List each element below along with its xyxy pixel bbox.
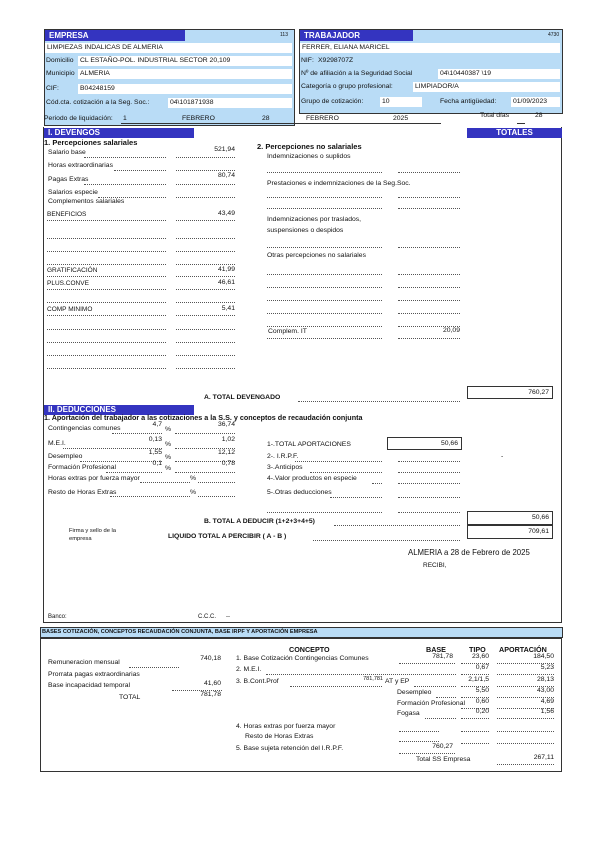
municipio-label: Municipio: [46, 69, 75, 79]
dots: [267, 512, 382, 513]
pagas-extras-label: Pagas Extras: [48, 175, 88, 185]
dots: [112, 433, 162, 434]
dots: [398, 247, 460, 248]
incapacidad-value: 41,60: [170, 680, 221, 687]
trabajador-afiliacion: 04\10440387 \19: [438, 69, 560, 79]
bases-aportacion: 43,00: [497, 687, 554, 694]
total-dias-label: Total días: [480, 111, 509, 121]
total-deducir-label: B. TOTAL A DEDUCIR (1+2+3+4+5): [204, 517, 315, 527]
periodo-desde-mes: FEBRERO: [182, 114, 215, 124]
dots: [399, 753, 455, 754]
deduccion-pct: 1,55: [137, 449, 162, 456]
otras-deducciones-label: 5-.Otras deducciones: [267, 488, 332, 498]
totales-header: TOTALES: [467, 128, 562, 138]
domicilio-label: Domicilio: [46, 56, 74, 66]
dots: [497, 764, 554, 765]
dots: [461, 743, 489, 744]
dots: [267, 208, 382, 209]
prorrata-label: Prorrata pagas extraordinarias: [48, 670, 140, 680]
dots: [267, 274, 382, 275]
dots: [47, 264, 166, 265]
dots: [176, 342, 235, 343]
deduccion-value: 12,12: [175, 449, 235, 456]
bases-base: 781,781: [355, 676, 383, 682]
dots: [47, 238, 166, 239]
dots: [176, 170, 235, 171]
dots: [198, 482, 235, 483]
dots: [398, 274, 460, 275]
empresa-ccc: 04\101871938: [168, 98, 292, 108]
salario-base-label: Salario base: [48, 148, 86, 158]
grupo-label: Grupo de cotización:: [301, 97, 363, 107]
base-irpf-value: 760,27: [399, 743, 453, 750]
otras-label: Otras percepciones no salariales: [267, 251, 366, 261]
dots: [47, 251, 166, 252]
bases-total-label: TOTAL: [119, 693, 140, 703]
remuneracion-label: Remuneracion mensual: [48, 658, 120, 668]
pct-symbol: %: [165, 440, 171, 450]
deduccion-label: Contingencias comunes: [48, 424, 121, 434]
deduccion-pct: 4,7: [137, 421, 162, 428]
deduccion-label: Resto de Horas Extras: [48, 488, 116, 498]
pct-symbol: %: [165, 464, 171, 474]
trabajador-antiguedad: 01/09/2023: [511, 97, 560, 107]
antiguedad-label: Fecha antigüedad:: [440, 97, 496, 107]
dots: [47, 276, 166, 277]
periodo-hasta-dia: 28: [262, 114, 270, 124]
dots: [398, 512, 460, 513]
indemnizaciones-label: Indemnizaciones o suplidos: [267, 152, 351, 162]
dots: [497, 743, 554, 744]
dots: [398, 313, 460, 314]
dots: [176, 289, 235, 290]
bases-tipo: 23,60: [461, 653, 489, 660]
empresa-cif: B04248159: [78, 84, 292, 94]
dots: [47, 342, 166, 343]
complemento-value: 41,99: [176, 266, 235, 273]
horas-fuerza-label: 4. Horas extras por fuerza mayor: [236, 722, 335, 732]
dots: [47, 355, 166, 356]
dots: [267, 197, 382, 198]
recibi-label: RECIBI,: [423, 561, 446, 571]
total-ss-label: Total SS Empresa: [416, 755, 470, 765]
devengos-header: I. DEVENGOS: [44, 128, 194, 138]
empresa-code: 113: [280, 32, 288, 38]
total-devengado-label: A. TOTAL DEVENGADO: [204, 393, 280, 403]
periodo-anio: 2025: [393, 114, 408, 124]
dots: [176, 329, 235, 330]
deduccion-value: 0,78: [175, 460, 235, 467]
dots: [267, 172, 382, 173]
dots: [398, 300, 460, 301]
bases-aportacion: 5,23: [497, 664, 554, 671]
bases-subconcepto: Formación Profesional: [397, 699, 465, 709]
bases-aportacion: 28,13: [497, 676, 554, 683]
dots: [176, 315, 235, 316]
periodo-label: Periodo de liquidación:: [44, 114, 113, 124]
pagas-extras-value: 80,74: [176, 172, 235, 179]
complem-it-label: Complem. IT: [268, 327, 307, 337]
dots: [176, 264, 235, 265]
pct-symbol: %: [165, 425, 171, 435]
bases-subconcepto: Fogasa: [397, 709, 420, 719]
dots: [398, 472, 460, 473]
bases-subconcepto: AT y EP: [385, 677, 409, 687]
dots: [176, 368, 235, 369]
empresa-nombre: LIMPIEZAS INDALICAS DE ALMERIA: [45, 43, 292, 53]
bases-tipo: 5,50: [461, 687, 489, 694]
dots: [47, 289, 166, 290]
resto-horas-label: Resto de Horas Extras: [245, 732, 313, 742]
deduccion-pct: 0,1: [137, 460, 162, 467]
complemento-label: COMP MINIMO: [47, 305, 92, 315]
ccc-bank-value: --: [226, 612, 230, 622]
afiliacion-label: Nº de afiliación a la Seguridad Social: [301, 69, 412, 79]
dots: [398, 172, 460, 173]
dots: [461, 674, 489, 675]
complemento-value: 5,41: [176, 305, 235, 312]
no-salariales-title: 2. Percepciones no salariales: [257, 142, 362, 152]
irpf-label: 2-. I.R.P.F.: [267, 452, 298, 462]
trabajador-code: 4730: [548, 32, 559, 38]
trabajador-nif: X9298707Z: [300, 56, 406, 66]
dots: [399, 663, 455, 664]
bases-aportacion: 184,50: [497, 653, 554, 660]
dots: [176, 157, 235, 158]
dots: [176, 197, 235, 198]
bases-tipo: 0,20: [461, 708, 489, 715]
complemento-label: BENEFICIOS: [47, 210, 86, 220]
ccc-bank-label: C.C.C.: [198, 612, 216, 622]
bases-concepto: 3. B.Cont.Prof: [236, 677, 279, 687]
pct-symbol: %: [190, 488, 196, 498]
deduccion-label: Desempleo: [48, 452, 82, 462]
dots: [110, 496, 190, 497]
horas-extra-label: Horas extraordinarias: [48, 161, 113, 171]
complementos-label: Complementos salariales: [48, 197, 124, 207]
bases-aportacion: 1,56: [497, 708, 554, 715]
dots: [398, 461, 460, 462]
pct-symbol: %: [190, 474, 196, 484]
total-devengado-value: 760,27: [467, 386, 553, 399]
total-dias-underline: [517, 123, 525, 124]
dots: [47, 302, 166, 303]
dots: [398, 338, 460, 339]
complemento-label: PLUS.CONVE: [47, 279, 89, 289]
dots: [398, 287, 460, 288]
trabajador-nombre: FERRER, ELIANA MARICEL: [300, 43, 560, 53]
dots: [398, 208, 460, 209]
remuneracion-value: 740,18: [170, 655, 221, 662]
bases-concepto: 2. M.E.I.: [236, 665, 261, 675]
dots: [497, 731, 554, 732]
complem-it-value: 20,09: [398, 327, 460, 334]
cif-label: CIF:: [46, 84, 59, 94]
dots: [176, 220, 235, 221]
dots: [298, 401, 460, 402]
firma-label-2: empresa: [69, 534, 92, 544]
bases-tipo: 0,60: [461, 698, 489, 705]
traslados-label-1: Indemnizaciones por traslados,: [267, 215, 361, 225]
bases-subconcepto: Desempleo: [397, 688, 431, 698]
dots: [425, 718, 456, 719]
deduccion-pct: 0,13: [137, 436, 162, 443]
dots: [176, 355, 235, 356]
dots: [175, 472, 235, 473]
dots: [176, 251, 235, 252]
dots: [313, 540, 460, 541]
empresa-municipio: ALMERIA: [78, 69, 292, 79]
fecha-lugar: ALMERIA a 28 de Febrero de 2025: [408, 548, 530, 558]
dots: [398, 197, 460, 198]
dots: [399, 731, 439, 732]
dots: [497, 718, 554, 719]
dots: [140, 482, 190, 483]
dots: [84, 157, 166, 158]
total-aportaciones-label: 1-.TOTAL APORTACIONES: [267, 440, 351, 450]
dots: [176, 276, 235, 277]
dots: [47, 368, 166, 369]
dots: [310, 472, 382, 473]
bases-total-value: 781,78: [170, 691, 221, 698]
anticipos-label: 3-.Anticipos: [267, 463, 303, 473]
dots: [47, 329, 166, 330]
pct-symbol: %: [165, 453, 171, 463]
banco-label: Banco:: [48, 612, 67, 622]
dots: [461, 731, 489, 732]
dots: [106, 472, 162, 473]
prestaciones-label: Prestaciones e indemnizaciones de la Seg…: [267, 179, 411, 189]
liquido-value: 709,61: [467, 525, 553, 539]
dots: [267, 313, 382, 314]
categoria-label: Categoría o grupo profesional:: [301, 82, 393, 92]
deduccion-value: 1,02: [175, 436, 235, 443]
complemento-label: GRATIFICACIÓN: [47, 266, 97, 276]
dots: [267, 287, 382, 288]
traslados-label-2: suspensiones o despidos: [267, 226, 343, 236]
liquido-label: LIQUIDO TOTAL A PERCIBIR ( A - B ): [168, 532, 286, 542]
dots: [295, 461, 382, 462]
dots: [267, 247, 382, 248]
dots: [436, 697, 456, 698]
dots: [267, 300, 382, 301]
bases-concepto: 1. Base Cotización Contingencias Comunes: [236, 654, 369, 664]
dots: [398, 483, 460, 484]
trabajador-categoria: LIMPIADOR/A: [413, 82, 560, 92]
dots: [497, 674, 554, 675]
deduccion-label: Horas extras por fuerza mayor: [48, 474, 140, 484]
dots: [266, 674, 456, 675]
dots: [398, 497, 460, 498]
empresa-header: EMPRESA: [45, 30, 185, 41]
dots: [414, 686, 456, 687]
dots: [372, 483, 382, 484]
dots: [47, 220, 166, 221]
ccc-label: Cód.cta. cotización a la Seg. Soc.:: [46, 98, 150, 108]
trabajador-grupo: 10: [380, 97, 422, 107]
dots: [198, 496, 235, 497]
dots: [129, 667, 179, 668]
empresa-domicilio: CL ESTAÑO-POL. INDUSTRIAL SECTOR 20,109: [78, 56, 292, 66]
especie-label: 4-.Valor productos en especie: [267, 474, 357, 484]
dots: [176, 184, 235, 185]
total-deducir-value: 50,66: [467, 511, 553, 525]
dots: [175, 433, 235, 434]
dots: [330, 497, 382, 498]
base-irpf-label: 5. Base sujeta retención del I.R.P.F.: [236, 744, 343, 754]
salario-base-value: 521,94: [176, 146, 235, 153]
dots: [334, 525, 460, 526]
total-dias: 28: [535, 111, 543, 121]
periodo-hasta-mes: FEBRERO: [306, 114, 339, 124]
trabajador-header: TRABAJADOR: [300, 30, 413, 41]
dots: [267, 338, 382, 339]
complemento-value: 46,61: [176, 279, 235, 286]
incapacidad-label: Base incapacidad temporal: [48, 681, 130, 691]
dots: [176, 302, 235, 303]
dots: [47, 315, 166, 316]
dots: [176, 238, 235, 239]
dots: [399, 741, 439, 742]
bases-base: 781,78: [399, 653, 453, 660]
dots: [290, 686, 382, 687]
bases-tipo: 2,1/1,5: [461, 676, 489, 683]
dots: [84, 184, 166, 185]
bases-tipo: 0,67: [461, 664, 489, 671]
total-ss-value: 267,11: [497, 754, 554, 761]
dash-mark: -: [501, 452, 503, 462]
deduccion-value: 36,74: [175, 421, 235, 428]
salariales-title: 1. Percepciones salariales: [44, 138, 137, 148]
bases-aportacion: 4,69: [497, 698, 554, 705]
total-aportaciones-value: 50,66: [387, 437, 462, 450]
dots: [461, 718, 489, 719]
complemento-value: 43,49: [176, 210, 235, 217]
dots: [114, 170, 166, 171]
